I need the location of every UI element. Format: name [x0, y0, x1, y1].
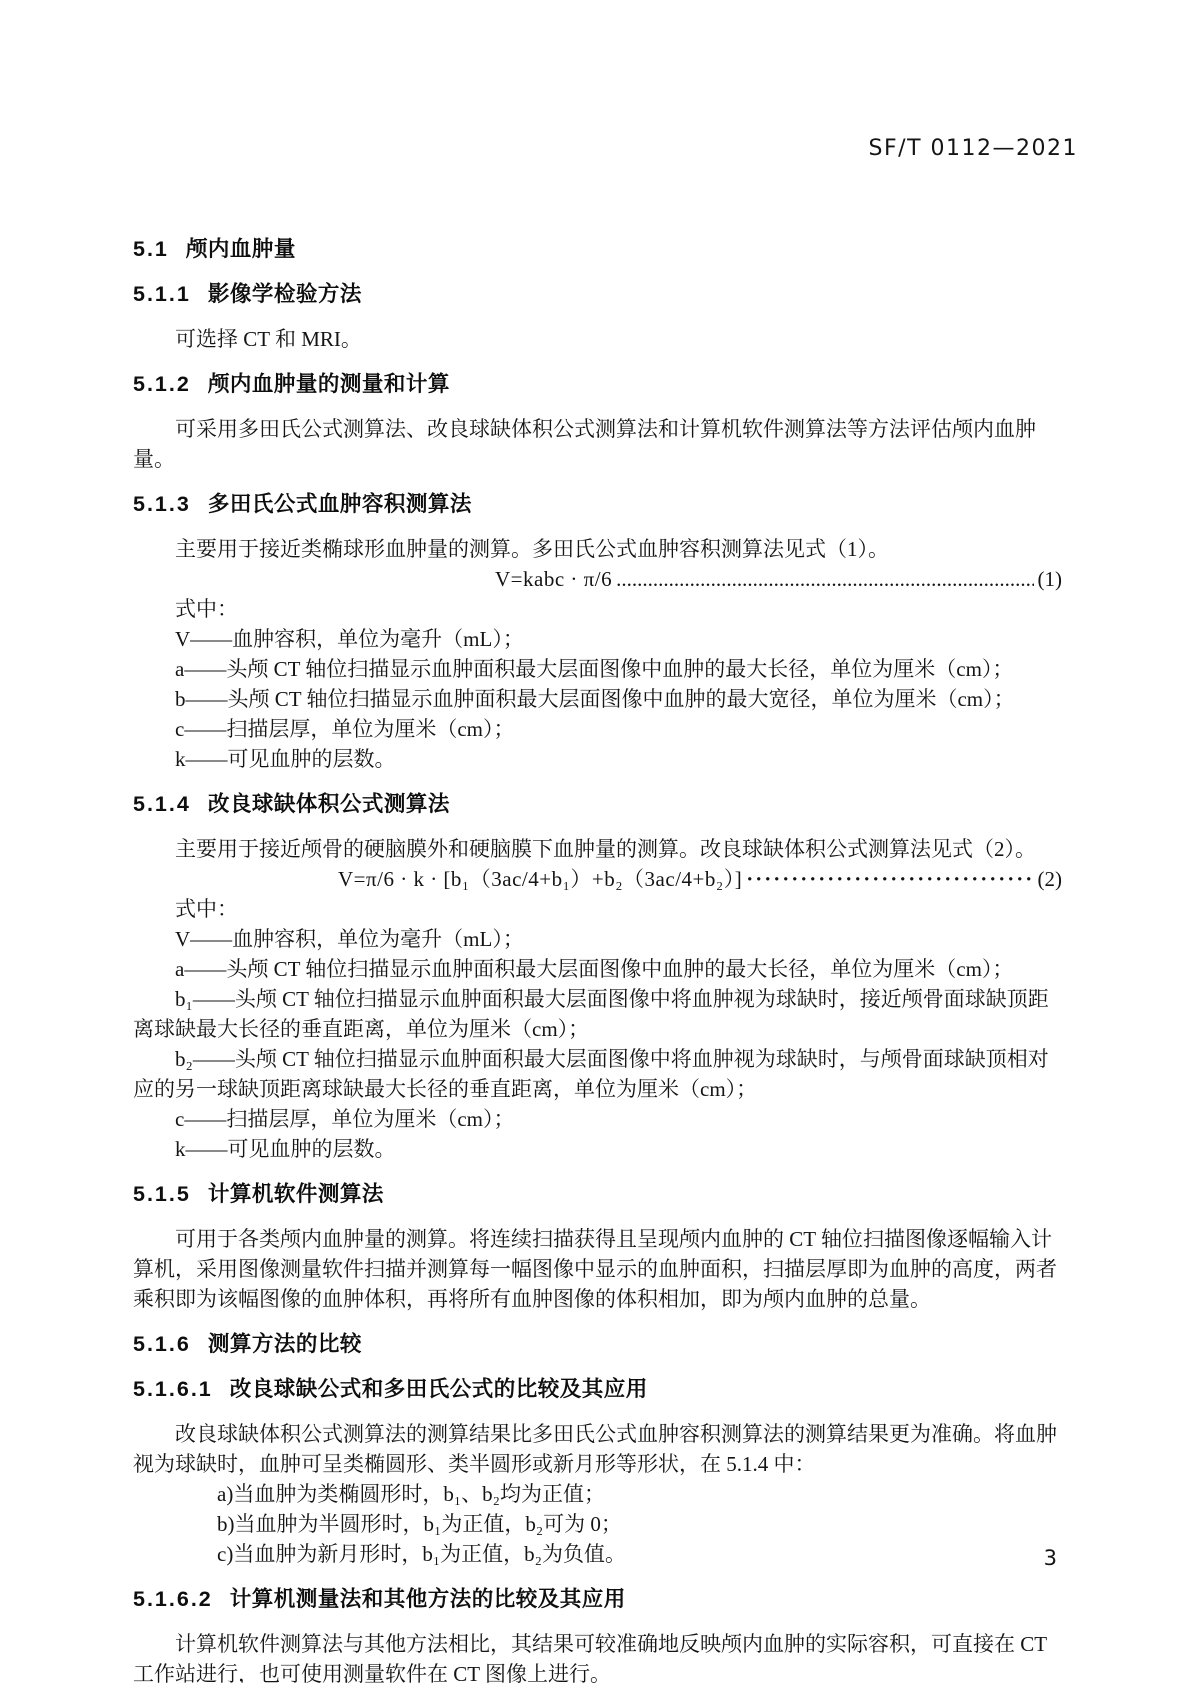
- section-heading-5-1-5: 5.1.5计算机软件测算法: [133, 1179, 1062, 1209]
- formula-1-expression: V=kabc · π/6: [495, 564, 612, 594]
- formula-2-number: (2): [1038, 864, 1063, 894]
- heading-title: 多田氏公式血肿容积测算法: [208, 492, 472, 516]
- where-label-1: 式中：: [133, 594, 1062, 624]
- heading-number: 5.1: [133, 237, 169, 261]
- formula-2-dot-leader: ········································…: [746, 864, 1033, 894]
- heading-number: 5.1.2: [133, 372, 191, 396]
- definition-f2-V: V——血肿容积，单位为毫升（mL）；: [133, 924, 1062, 954]
- list-item-a: a)当血肿为类椭圆形时，b₁、b₂均为正值；: [133, 1479, 1062, 1509]
- list-text: 当血肿为类椭圆形时，b₁、b₂均为正值；: [233, 1482, 605, 1506]
- heading-title: 计算机软件测算法: [208, 1182, 384, 1206]
- standard-number: SF/T 0112—2021: [869, 136, 1078, 161]
- section-heading-5-1-6-2: 5.1.6.2计算机测量法和其他方法的比较及其应用: [133, 1584, 1062, 1614]
- list-item-c: c)当血肿为新月形时，b₁为正值，b₂为负值。: [133, 1539, 1062, 1569]
- definition-f1-a: a——头颅 CT 轴位扫描显示血肿面积最大层面图像中血肿的最大长径，单位为厘米（…: [133, 654, 1062, 684]
- list-marker: b): [175, 1509, 235, 1539]
- heading-title: 改良球缺公式和多田氏公式的比较及其应用: [230, 1377, 648, 1401]
- document-content: 5.1颅内血肿量 5.1.1影像学检验方法 可选择 CT 和 MRI。 5.1.…: [0, 0, 1190, 1683]
- heading-number: 5.1.6: [133, 1332, 191, 1356]
- definition-f1-c: c——扫描层厚，单位为厘米（cm）；: [133, 714, 1062, 744]
- definition-f2-c: c——扫描层厚，单位为厘米（cm）；: [133, 1104, 1062, 1134]
- heading-title: 影像学检验方法: [208, 282, 362, 306]
- formula-2: V=π/6 · k · [b₁（3ac/4+b₁）+b₂（3ac/4+b₂）] …: [133, 864, 1062, 894]
- heading-number: 5.1.6.2: [133, 1587, 213, 1611]
- definition-f1-V: V——血肿容积，单位为毫升（mL）；: [133, 624, 1062, 654]
- formula-1: V=kabc · π/6 ...........................…: [133, 564, 1062, 594]
- heading-title: 改良球缺体积公式测算法: [208, 792, 450, 816]
- heading-title: 颅内血肿量的测量和计算: [208, 372, 450, 396]
- document-page: SF/T 0112—2021 5.1颅内血肿量 5.1.1影像学检验方法 可选择…: [0, 0, 1190, 1683]
- paragraph-5-1-5: 可用于各类颅内血肿量的测算。将连续扫描获得且呈现颅内血肿的 CT 轴位扫描图像逐…: [133, 1224, 1062, 1314]
- paragraph-5-1-2: 可采用多田氏公式测算法、改良球缺体积公式测算法和计算机软件测算法等方法评估颅内血…: [133, 414, 1062, 474]
- heading-number: 5.1.4: [133, 792, 191, 816]
- list-marker: c): [175, 1539, 233, 1569]
- list-marker: a): [175, 1479, 233, 1509]
- paragraph-5-1-1: 可选择 CT 和 MRI。: [133, 324, 1062, 354]
- list-item-b: b)当血肿为半圆形时，b₁为正值，b₂可为 0；: [133, 1509, 1062, 1539]
- heading-title: 颅内血肿量: [186, 237, 296, 261]
- heading-title: 计算机测量法和其他方法的比较及其应用: [230, 1587, 626, 1611]
- paragraph-5-1-6-2: 计算机软件测算法与其他方法相比，其结果可较准确地反映颅内血肿的实际容积，可直接在…: [133, 1629, 1062, 1683]
- section-heading-5-1-6-1: 5.1.6.1改良球缺公式和多田氏公式的比较及其应用: [133, 1374, 1062, 1404]
- list-text: 当血肿为新月形时，b₁为正值，b₂为负值。: [233, 1542, 626, 1566]
- where-label-2: 式中：: [133, 894, 1062, 924]
- section-heading-5-1-1: 5.1.1影像学检验方法: [133, 279, 1062, 309]
- heading-number: 5.1.6.1: [133, 1377, 213, 1401]
- heading-title: 测算方法的比较: [208, 1332, 362, 1356]
- formula-1-number: (1): [1038, 564, 1063, 594]
- section-heading-5-1: 5.1颅内血肿量: [133, 234, 1062, 264]
- definition-f1-k: k——可见血肿的层数。: [133, 744, 1062, 774]
- formula-2-expression: V=π/6 · k · [b₁（3ac/4+b₁）+b₂（3ac/4+b₂）]: [338, 864, 742, 894]
- section-heading-5-1-3: 5.1.3多田氏公式血肿容积测算法: [133, 489, 1062, 519]
- section-heading-5-1-2: 5.1.2颅内血肿量的测量和计算: [133, 369, 1062, 399]
- paragraph-5-1-4: 主要用于接近颅骨的硬脑膜外和硬脑膜下血肿量的测算。改良球缺体积公式测算法见式（2…: [133, 834, 1062, 864]
- section-heading-5-1-4: 5.1.4改良球缺体积公式测算法: [133, 789, 1062, 819]
- heading-number: 5.1.5: [133, 1182, 191, 1206]
- definition-f1-b: b——头颅 CT 轴位扫描显示血肿面积最大层面图像中血肿的最大宽径，单位为厘米（…: [133, 684, 1062, 714]
- paragraph-5-1-3: 主要用于接近类椭球形血肿量的测算。多田氏公式血肿容积测算法见式（1）。: [133, 534, 1062, 564]
- definition-f2-k: k——可见血肿的层数。: [133, 1134, 1062, 1164]
- definition-f2-b2: b₂——头颅 CT 轴位扫描显示血肿面积最大层面图像中将血肿视为球缺时，与颅骨面…: [133, 1044, 1062, 1104]
- paragraph-5-1-6-1: 改良球缺体积公式测算法的测算结果比多田氏公式血肿容积测算法的测算结果更为准确。将…: [133, 1419, 1062, 1479]
- section-heading-5-1-6: 5.1.6测算方法的比较: [133, 1329, 1062, 1359]
- page-number: 3: [1044, 1546, 1057, 1570]
- heading-number: 5.1.3: [133, 492, 191, 516]
- list-text: 当血肿为半圆形时，b₁为正值，b₂可为 0；: [235, 1512, 622, 1536]
- definition-f2-a: a——头颅 CT 轴位扫描显示血肿面积最大层面图像中血肿的最大长径，单位为厘米（…: [133, 954, 1062, 984]
- formula-1-dot-leader: ........................................…: [616, 564, 1033, 594]
- heading-number: 5.1.1: [133, 282, 191, 306]
- definition-f2-b1: b₁——头颅 CT 轴位扫描显示血肿面积最大层面图像中将血肿视为球缺时，接近颅骨…: [133, 984, 1062, 1044]
